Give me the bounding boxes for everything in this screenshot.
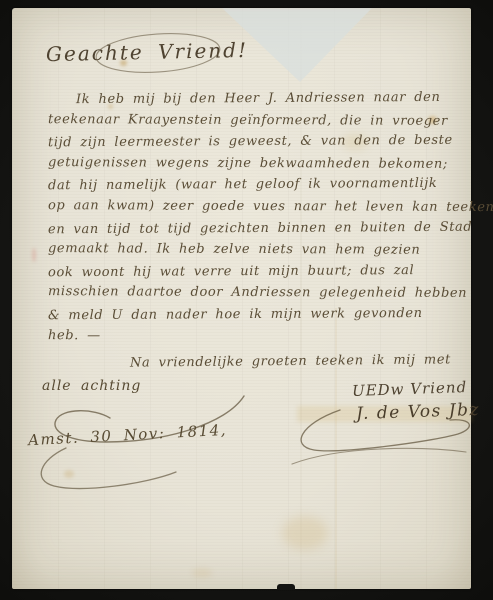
letter-line: heb. — bbox=[48, 325, 468, 348]
dateline-flourish bbox=[26, 446, 196, 494]
letter-line: tijd zijn leermeester is geweest, & van … bbox=[48, 130, 468, 154]
dateline: Amst. 30 Nov: 1814, bbox=[28, 421, 228, 449]
letter-line: misschien daartoe door Andriessen gelege… bbox=[48, 281, 468, 304]
letter-line: ook woont hij wat verre uit mijn buurt; … bbox=[48, 259, 468, 283]
closing-line: Na vriendelijke groeten teeken ik mij me… bbox=[130, 352, 451, 370]
scan-background: Geachte Vriend! Ik heb mij bij den Heer … bbox=[0, 0, 493, 600]
letter-line: & meld U dan nader hoe ik mijn werk gevo… bbox=[48, 303, 468, 327]
letter-line: teekenaar Kraayenstein geïnformeerd, die… bbox=[48, 109, 468, 132]
letter-line: Ik heb mij bij den Heer J. Andriessen na… bbox=[48, 87, 468, 111]
ink-bleed-crease bbox=[335, 308, 337, 589]
stain bbox=[192, 568, 212, 578]
letter-line: gemaakt had. Ik heb zelve niets van hem … bbox=[48, 238, 468, 261]
paper-edge-notch bbox=[277, 584, 295, 590]
letter-body: Ik heb mij bij den Heer J. Andriessen na… bbox=[48, 88, 468, 347]
letter-paper: Geachte Vriend! Ik heb mij bij den Heer … bbox=[12, 8, 471, 589]
letter-line: en van tijd tot tijd gezichten binnen en… bbox=[48, 216, 468, 240]
salutation: Geachte Vriend! bbox=[46, 38, 248, 66]
letter-line: dat hij namelijk (waar het geloof ik voo… bbox=[48, 173, 468, 197]
stain bbox=[282, 516, 328, 550]
closing-respect: alle achting bbox=[42, 378, 141, 394]
stain bbox=[32, 248, 36, 262]
letter-line: getuigenissen wegens zijne bekwaamheden … bbox=[48, 152, 468, 175]
letter-line: op aan kwam) zeer goede vues naar het le… bbox=[48, 195, 468, 218]
valediction: UEDw Vriend bbox=[352, 378, 468, 400]
stain bbox=[64, 470, 74, 478]
